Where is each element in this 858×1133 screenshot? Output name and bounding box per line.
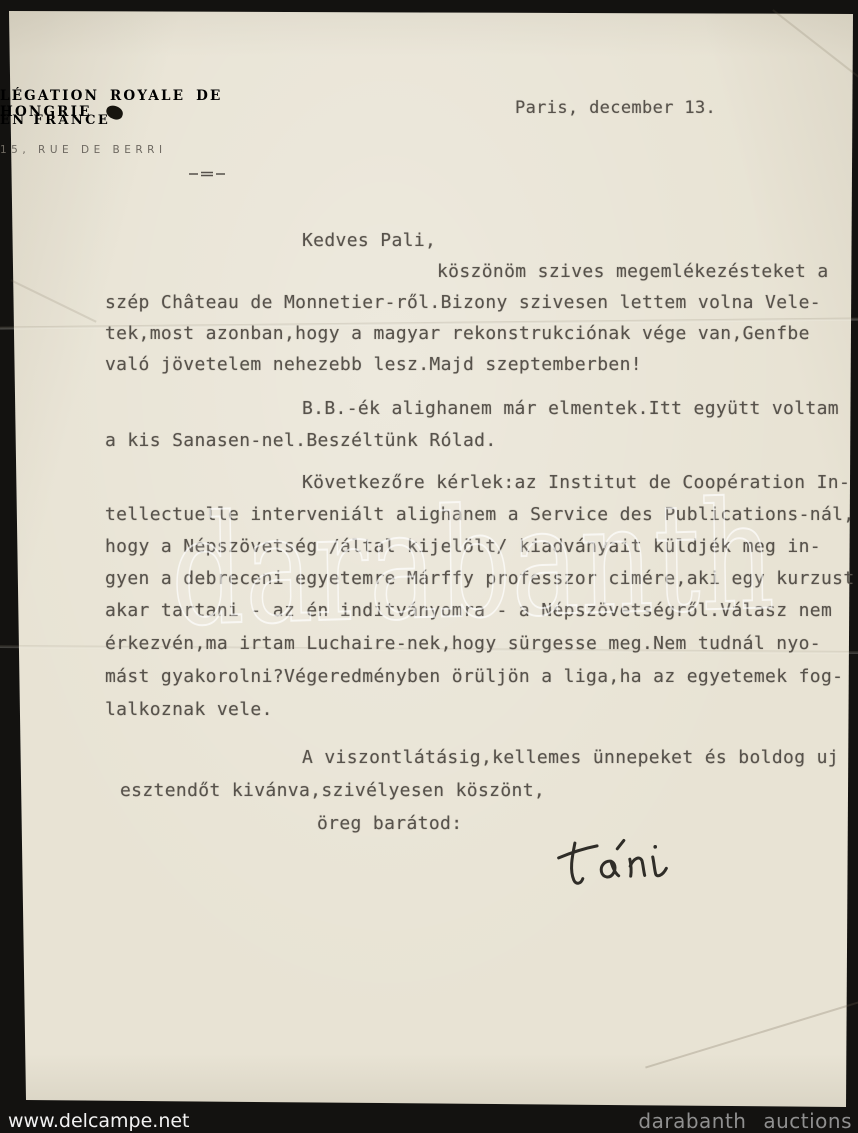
letter-line: esztendőt kivánva,szivélyesen köszönt, (120, 780, 545, 801)
paper-sheet (0, 0, 858, 1133)
footer-auction-house: darabanth auctions (638, 1109, 852, 1133)
letter-line: mást gyakorolni?Végeredményben örüljön a… (105, 666, 843, 687)
letterhead-ornament (189, 170, 225, 178)
letter-line: lalkoznak vele. (105, 699, 273, 720)
footer-url: www.delcampe.net (8, 1110, 190, 1132)
letter-line: A viszontlátásig,kellemes ünnepeket és b… (302, 747, 839, 768)
letterhead-address: 15, RUE DE BERRI (0, 144, 325, 156)
letter-line: a kis Sanasen-nel.Beszéltünk Rólad. (105, 430, 497, 451)
letter-line: hogy a Népszövetség /által kijelölt/ kia… (105, 536, 821, 557)
signature-handwriting (551, 831, 679, 895)
letter-line: gyen a debreceni egyetemre Márffy profes… (105, 568, 855, 589)
letter-line: szép Château de Monnetier-ről.Bizony szi… (105, 292, 821, 313)
letterhead-line2: EN FRANCE (0, 113, 325, 128)
letter-line: Következőre kérlek:az Institut de Coopér… (302, 472, 850, 493)
letter-line: akar tartani - az én inditványomra - a N… (105, 600, 832, 621)
letter-line: érkezvén,ma irtam Luchaire-nek,hogy sürg… (105, 633, 821, 654)
letter-line: köszönöm szives megemlékezésteket a (437, 261, 829, 282)
letter-line: öreg barátod: (317, 813, 462, 834)
letter-line: való jövetelem nehezebb lesz.Majd szepte… (105, 354, 642, 375)
letter-line: Kedves Pali, (302, 230, 436, 251)
letter-line: tellectuelle interveniált alighanem a Se… (105, 504, 855, 525)
dateline: Paris, december 13. (515, 98, 716, 118)
letter-line: B.B.-ék alighanem már elmentek.Itt együt… (302, 398, 839, 419)
letter-line: tek,most azonban,hogy a magyar rekonstru… (105, 323, 810, 344)
letter-scan: LÉGATION ROYALE DE HONGRIE EN FRANCE 15,… (0, 0, 858, 1133)
